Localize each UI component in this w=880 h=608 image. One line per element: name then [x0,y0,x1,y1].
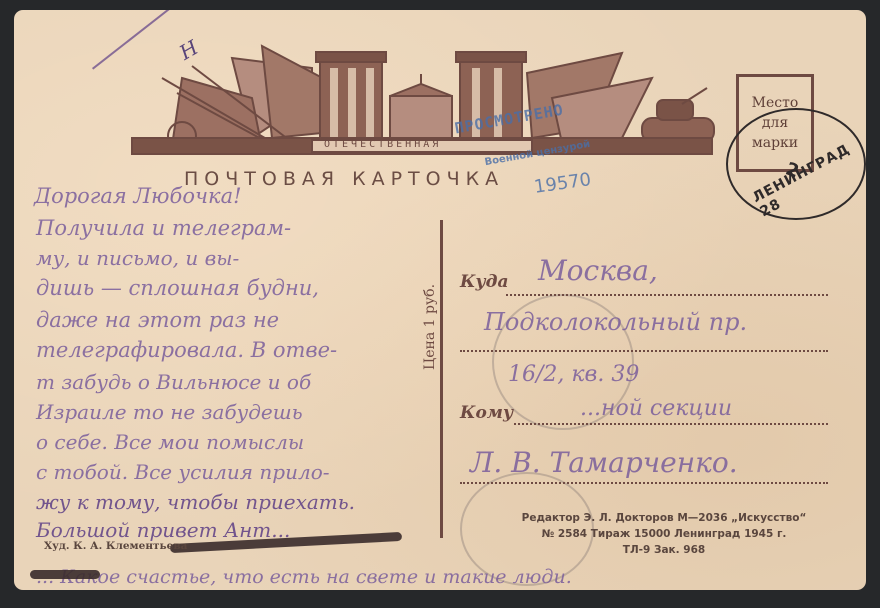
hw-message-line: о себе. Все мои помыслы [36,430,304,454]
hw-address-section: ...ной секции [580,396,732,421]
hw-message-line: телеграфировала. В отве- [36,338,337,362]
hw-message-line: Израиле то не забудешь [36,400,303,424]
hw-message-line: даже на этот раз не [36,308,279,332]
postcard: ОТЕЧЕСТВЕННАЯ ПОЧТОВАЯ КАРТОЧКА ПРОСМОТР… [14,10,866,590]
hw-address-house: 16/2, кв. 39 [508,362,639,387]
publisher-imprint: Редактор Э. Л. Докторов М—2036 „Искусств… [484,510,844,558]
hw-message-line: Дорогая Любочка! [34,184,242,208]
price-label: Цена 1 руб. [422,284,438,370]
hw-message-line: дишь — сплошная будни, [36,276,319,300]
crossed-out-ink [30,570,100,579]
banner-caption: ОТЕЧЕСТВЕННАЯ [324,139,441,150]
label-kuda: Куда [460,272,508,292]
label-komu: Кому [460,403,513,423]
imprint-line-1: Редактор Э. Л. Докторов М—2036 „Искусств… [484,510,844,526]
hw-message-line: Получила и телеграм- [36,216,291,240]
hw-message-line: т забудь о Вильнюсе и об [36,370,311,394]
hw-message-line: му, и письмо, и вы- [36,246,239,270]
hw-message-line: ... Какое счастье, что есть на свете и т… [36,566,572,588]
hw-address-city: Москва, [538,254,658,287]
address-line-4 [460,482,828,484]
address-line-3 [514,423,828,425]
address-line-1 [506,294,828,296]
imprint-line-3: ТЛ-9 Зак. 968 [484,542,844,558]
hw-message-line: жу к тому, чтобы приехать. [36,490,355,514]
hw-message-line: Большой привет Ант... [36,518,290,542]
censor-stamp-number: 19570 [533,169,593,198]
artist-credit: Худ. К. А. Клементьева [44,540,187,552]
imprint-line-2: № 2584 Тираж 15000 Ленинград 1945 г. [484,526,844,542]
address-line-2 [460,350,828,352]
hw-address-name: Л. В. Тамарченко. [470,446,738,479]
hw-address-street: Подколокольный пр. [484,308,747,336]
hw-message-line: с тобой. Все усилия прило- [36,460,330,484]
card-divider [440,220,443,538]
